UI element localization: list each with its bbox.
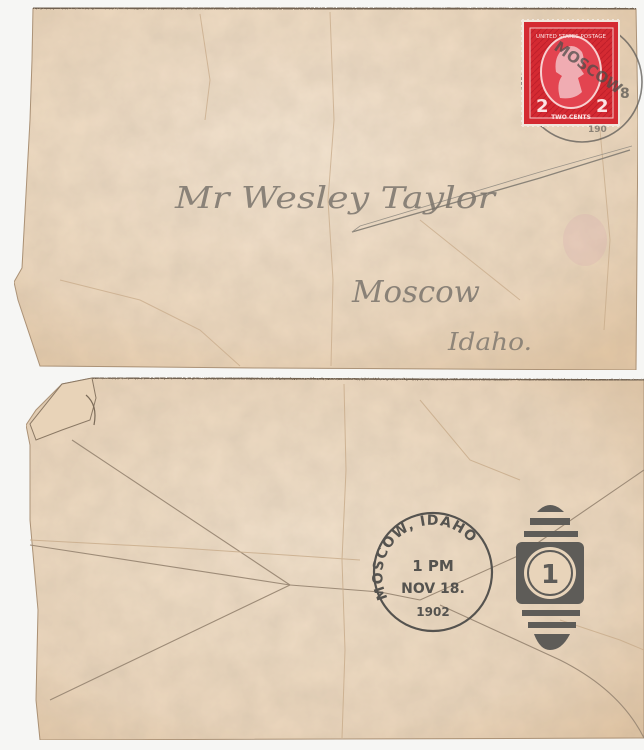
address-state-line: Idaho.	[447, 328, 532, 356]
envelope-photo: Mr Wesley Taylor Moscow Idaho. UNITED ST…	[0, 0, 644, 750]
envelope-back: MOSCOW, IDAHO 1 PM NOV 18. 1902 1	[26, 378, 644, 740]
postmark-date: NOV 18.	[401, 581, 465, 597]
stamp-bottom-text: TWO CENTS	[551, 114, 591, 121]
front-cancel-numerals: 8	[620, 86, 630, 102]
postmark-time: 1 PM	[412, 557, 454, 575]
envelope-front: Mr Wesley Taylor Moscow Idaho. UNITED ST…	[14, 8, 642, 370]
stamp-value-right: 2	[596, 96, 609, 117]
address-name-line: Mr Wesley Taylor	[174, 181, 497, 216]
postmark-year: 1902	[416, 605, 449, 619]
front-cancel-year: 190	[588, 125, 607, 135]
killer-cancel-number: 1	[541, 560, 559, 590]
envelope-scene: Mr Wesley Taylor Moscow Idaho. UNITED ST…	[0, 0, 644, 750]
address-city-line: Moscow	[351, 275, 480, 310]
stamp-top-text: UNITED STATES POSTAGE	[536, 34, 606, 40]
stamp-value-left: 2	[536, 96, 549, 117]
